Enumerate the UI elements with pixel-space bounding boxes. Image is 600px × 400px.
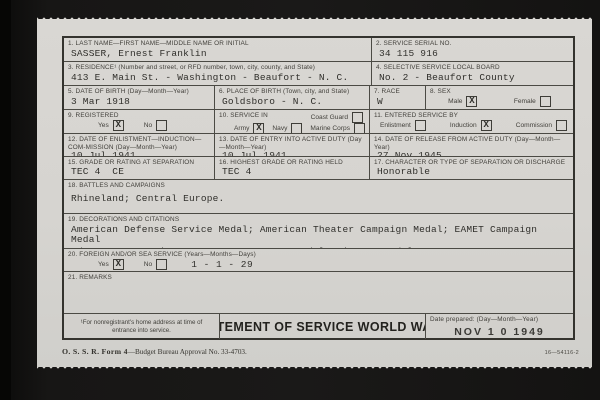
entered-commission-option: Commission <box>516 120 567 131</box>
service-coast-guard-label: Coast Guard <box>311 114 348 121</box>
form-identification-line: O. S. S. R. Form 4—Budget Bureau Approva… <box>62 347 579 356</box>
entered-induction-checkbox: X <box>481 120 492 131</box>
form-row-2: 3. RESIDENCE¹ (Number and street, or RFD… <box>64 62 573 86</box>
form-box: 1. LAST NAME—FIRST NAME—MIDDLE NAME OR I… <box>62 36 575 340</box>
field-place-of-birth-value: Goldsboro - N. C. <box>219 97 365 108</box>
field-date-of-birth: 5. DATE OF BIRTH (Day—Month—Year) 3 Mar … <box>64 86 215 109</box>
field-race-label: 7. RACE <box>374 88 421 96</box>
field-last-name-label: 1. LAST NAME—FIRST NAME—MIDDLE NAME OR I… <box>68 40 367 48</box>
foreign-yes-checkbox: X <box>113 259 124 270</box>
field-discharge-character: 17. CHARACTER OR TYPE OF SEPARATION OR D… <box>370 157 573 179</box>
form-row-10: 21. REMARKS <box>64 272 573 314</box>
registered-yes-checkbox: X <box>113 120 124 131</box>
field-race: 7. RACE W <box>370 86 426 109</box>
form-row-11: ¹For nonregistrant's home address at tim… <box>64 314 573 339</box>
field-active-duty-entry-label: 13. DATE OF ENTRY INTO ACTIVE DUTY (Day—… <box>219 136 365 151</box>
field-service-in: 10. SERVICE IN Coast Guard Army X Navy <box>215 110 370 133</box>
field-local-board: 4. SELECTIVE SERVICE LOCAL BOARD No. 2 -… <box>372 62 573 85</box>
field-serial-no-label: 2. SERVICE SERIAL NO. <box>376 40 569 48</box>
field-serial-no-value: 34 115 916 <box>376 49 569 60</box>
form-row-3: 5. DATE OF BIRTH (Day—Month—Year) 3 Mar … <box>64 86 573 110</box>
service-army-option: Army X <box>234 123 264 133</box>
form-row-7: 18. BATTLES AND CAMPAIGNS Rhineland; Cen… <box>64 180 573 214</box>
field-sex: 8. SEX Male X Female <box>426 86 573 109</box>
foreign-no-checkbox <box>156 259 167 270</box>
entered-service-options: Enlistment Induction X Commission <box>374 120 569 133</box>
field-entered-service-label: 11. ENTERED SERVICE BY <box>374 112 569 120</box>
field-residence-value: 413 E. Main St. - Washington - Beaufort … <box>68 73 367 84</box>
field-residence: 3. RESIDENCE¹ (Number and street, or RFD… <box>64 62 372 85</box>
service-navy-label: Navy <box>272 125 287 132</box>
field-release-date-value: 27 Nov 1945 <box>374 151 569 156</box>
field-battles-campaigns: 18. BATTLES AND CAMPAIGNS Rhineland; Cen… <box>64 180 573 213</box>
service-navy-checkbox <box>291 123 302 133</box>
service-coast-guard-option: Coast Guard <box>311 112 363 123</box>
entered-enlistment-label: Enlistment <box>380 122 411 129</box>
field-registered: 9. REGISTERED Yes X No <box>64 110 215 133</box>
field-race-value: W <box>374 97 421 108</box>
service-in-line1: 10. SERVICE IN Coast Guard <box>219 112 365 123</box>
service-record-card: 1. LAST NAME—FIRST NAME—MIDDLE NAME OR I… <box>37 15 592 371</box>
service-marine-option: Marine Corps <box>310 123 365 133</box>
date-prepared-label: Date prepared: (Day—Month—Year) <box>430 316 569 324</box>
sex-female-checkbox <box>540 96 551 107</box>
entered-induction-option: Induction X <box>450 120 492 131</box>
field-serial-no: 2. SERVICE SERIAL NO. 34 115 916 <box>372 38 573 61</box>
date-prepared-cell: Date prepared: (Day—Month—Year) NOV 1 0 … <box>426 314 573 339</box>
field-local-board-value: No. 2 - Beaufort County <box>376 73 569 84</box>
sex-options: Male X Female <box>430 96 569 109</box>
foreign-service-duration-value: 1 - 1 - 29 <box>191 259 253 270</box>
service-coast-guard-checkbox <box>352 112 363 123</box>
field-highest-grade-value: TEC 4 <box>219 167 365 178</box>
form-row-4: 9. REGISTERED Yes X No 10. S <box>64 110 573 134</box>
service-in-line2: Army X Navy Marine Corps <box>219 123 365 133</box>
field-highest-grade: 16. HIGHEST GRADE OR RATING HELD TEC 4 <box>215 157 370 179</box>
field-active-duty-entry-value: 10 Jul 1941 <box>219 151 365 156</box>
entered-enlistment-option: Enlistment <box>380 120 426 131</box>
entered-induction-label: Induction <box>450 122 477 129</box>
field-battles-campaigns-label: 18. BATTLES AND CAMPAIGNS <box>68 182 569 190</box>
field-decorations-line1: American Defense Service Medal; American… <box>68 225 569 246</box>
field-active-duty-entry: 13. DATE OF ENTRY INTO ACTIVE DUTY (Day—… <box>215 134 370 156</box>
field-remarks-value <box>68 283 569 284</box>
field-residence-label: 3. RESIDENCE¹ (Number and street, or RFD… <box>68 64 367 72</box>
service-marine-checkbox <box>354 123 365 133</box>
field-battles-campaigns-value: Rhineland; Central Europe. <box>68 194 569 205</box>
field-decorations-line2: w/2 Bronze Service Stars; Bronze Star Me… <box>68 247 569 249</box>
field-sex-label: 8. SEX <box>430 88 569 96</box>
field-grade-at-separation: 15. GRADE OR RATING AT SEPARATION TEC 4 … <box>64 157 215 179</box>
field-last-name: 1. LAST NAME—FIRST NAME—MIDDLE NAME OR I… <box>64 38 372 61</box>
form-row-6: 15. GRADE OR RATING AT SEPARATION TEC 4 … <box>64 157 573 180</box>
field-enlistment-date-label: 12. DATE OF ENLISTMENT—INDUCTION—COM-MIS… <box>68 136 210 151</box>
registered-yes-option: Yes X <box>98 120 124 131</box>
field-grade-at-separation-value: TEC 4 CE <box>68 167 210 178</box>
form-row-9: 20. FOREIGN AND/OR SEA SERVICE (Years—Mo… <box>64 249 573 272</box>
form-row-8: 19. DECORATIONS AND CITATIONS American D… <box>64 214 573 249</box>
field-last-name-value: SASSER, Ernest Franklin <box>68 49 367 60</box>
service-army-checkbox: X <box>253 123 264 133</box>
sex-female-label: Female <box>514 98 536 105</box>
title-cell: STATEMENT OF SERVICE WORLD WAR II <box>220 314 426 339</box>
field-date-of-birth-label: 5. DATE OF BIRTH (Day—Month—Year) <box>68 88 210 96</box>
entered-commission-checkbox <box>556 120 567 131</box>
form-number-text: O. S. S. R. Form 4—Budget Bureau Approva… <box>62 347 247 356</box>
field-foreign-service: 20. FOREIGN AND/OR SEA SERVICE (Years—Mo… <box>64 249 573 271</box>
field-local-board-label: 4. SELECTIVE SERVICE LOCAL BOARD <box>376 64 569 72</box>
film-edge <box>0 0 11 400</box>
footnote-text: ¹For nonregistrant's home address at tim… <box>68 319 215 334</box>
date-prepared-stamp: NOV 1 0 1949 <box>430 326 569 338</box>
field-release-date: 14. DATE OF RELEASE FROM ACTIVE DUTY (Da… <box>370 134 573 156</box>
print-code: 16—54116-2 <box>545 350 579 356</box>
field-remarks-label: 21. REMARKS <box>68 274 569 282</box>
field-entered-service-by: 11. ENTERED SERVICE BY Enlistment Induct… <box>370 110 573 133</box>
foreign-no-option: No <box>144 259 167 270</box>
entered-enlistment-checkbox <box>415 120 426 131</box>
field-registered-label: 9. REGISTERED <box>68 112 210 120</box>
form-row-1: 1. LAST NAME—FIRST NAME—MIDDLE NAME OR I… <box>64 38 573 62</box>
field-date-of-birth-value: 3 Mar 1918 <box>68 97 210 108</box>
registered-no-label: No <box>144 122 152 129</box>
sex-male-option: Male X <box>448 96 477 107</box>
field-remarks: 21. REMARKS <box>64 272 573 313</box>
registered-no-option: No <box>144 120 167 131</box>
service-army-label: Army <box>234 125 249 132</box>
foreign-yes-label: Yes <box>98 261 109 268</box>
form-row-5: 12. DATE OF ENLISTMENT—INDUCTION—COM-MIS… <box>64 134 573 157</box>
field-discharge-character-value: Honorable <box>374 167 569 178</box>
entered-commission-label: Commission <box>516 122 552 129</box>
foreign-service-options: Yes X No 1 - 1 - 29 <box>68 259 569 272</box>
foreign-no-label: No <box>144 261 152 268</box>
registered-yes-label: Yes <box>98 122 109 129</box>
form-number-bold: O. S. S. R. Form 4 <box>62 347 128 356</box>
registered-options: Yes X No <box>68 120 210 133</box>
service-navy-option: Navy <box>272 123 302 133</box>
field-release-date-label: 14. DATE OF RELEASE FROM ACTIVE DUTY (Da… <box>374 136 569 151</box>
foreign-yes-option: Yes X <box>98 259 124 270</box>
registered-no-checkbox <box>156 120 167 131</box>
field-place-of-birth-label: 6. PLACE OF BIRTH (Town, city, and State… <box>219 88 365 96</box>
form-number-rest: —Budget Bureau Approval No. 33-4703. <box>128 348 247 356</box>
sex-male-label: Male <box>448 98 462 105</box>
field-enlistment-date-value: 10 Jul 1941 <box>68 151 210 156</box>
field-foreign-service-label: 20. FOREIGN AND/OR SEA SERVICE (Years—Mo… <box>68 251 569 259</box>
service-marine-label: Marine Corps <box>310 125 350 132</box>
field-enlistment-date: 12. DATE OF ENLISTMENT—INDUCTION—COM-MIS… <box>64 134 215 156</box>
field-service-in-label: 10. SERVICE IN <box>219 112 268 120</box>
field-place-of-birth: 6. PLACE OF BIRTH (Town, city, and State… <box>215 86 370 109</box>
form-title: STATEMENT OF SERVICE WORLD WAR II <box>220 320 426 334</box>
footnote-cell: ¹For nonregistrant's home address at tim… <box>64 314 220 339</box>
sex-male-checkbox: X <box>466 96 477 107</box>
field-decorations-label: 19. DECORATIONS AND CITATIONS <box>68 216 569 224</box>
sex-female-option: Female <box>514 96 551 107</box>
field-decorations: 19. DECORATIONS AND CITATIONS American D… <box>64 214 573 248</box>
card-paper: 1. LAST NAME—FIRST NAME—MIDDLE NAME OR I… <box>37 19 592 367</box>
